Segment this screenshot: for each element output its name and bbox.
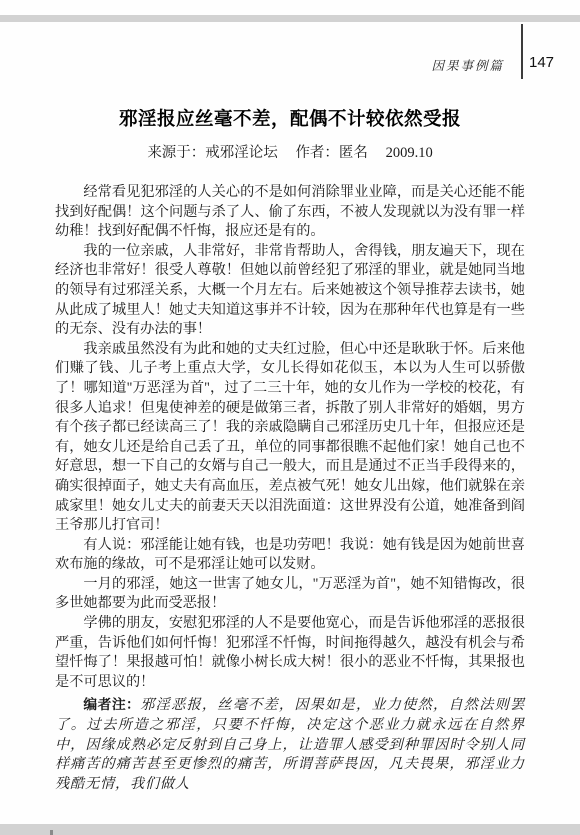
page-gap-top <box>0 15 580 22</box>
paragraph-3: 我亲戚虽然没有为此和她的丈夫红过脸，但心中还是耿耿于怀。后来他们赚了钱、儿子考上… <box>55 340 525 536</box>
editor-note: 编者注：邪淫恶报，丝毫不差，因果如是，业力使然，自然法则罢了。过去所造之邪淫，只… <box>55 695 525 794</box>
article-body: 经常看见犯邪淫的人关心的不是如何消除罪业业障，而是关心还能不能找到好配偶！这个问… <box>55 183 525 794</box>
article: 邪淫报应丝毫不差，配偶不计较依然受报 来源于：戒邪淫论坛 作者：匿名 2009.… <box>0 0 580 794</box>
header-divider-rule <box>521 24 523 79</box>
paragraph-1: 经常看见犯邪淫的人关心的不是如何消除罪业业障，而是关心还能不能找到好配偶！这个问… <box>55 183 525 242</box>
source-date: 2009.10 <box>386 145 433 161</box>
paragraph-2: 我的一位亲戚，人非常好，非常肯帮助人，舍得钱，朋友遍天下，现在经济也非常好！很受… <box>55 242 525 340</box>
source-forum: 来源于：戒邪淫论坛 <box>147 145 278 161</box>
paragraph-5: 一月的邪淫，她这一世害了她女儿，"万恶淫为首"，她不知错悔改，很多世她都要为此而… <box>55 575 525 614</box>
editor-note-label: 编者注： <box>83 697 140 712</box>
book-page: 因果事例篇 147 邪淫报应丝毫不差，配偶不计较依然受报 来源于：戒邪淫论坛 作… <box>0 0 580 835</box>
paragraph-4: 有人说：邪淫能让她有钱，也是功劳吧！我说：她有钱是因为她前世喜欢布施的缘故，可不… <box>55 536 525 575</box>
page-gap-bottom <box>0 824 580 835</box>
source-author: 作者：匿名 <box>295 145 368 161</box>
page-number: 147 <box>529 54 554 71</box>
section-label: 因果事例篇 <box>431 56 504 74</box>
page-gap-tick <box>50 830 53 835</box>
article-title: 邪淫报应丝毫不差，配偶不计较依然受报 <box>0 105 580 131</box>
article-source-line: 来源于：戒邪淫论坛 作者：匿名 2009.10 <box>0 141 580 162</box>
paragraph-6: 学佛的朋友，安慰犯邪淫的人不是要他宽心，而是告诉他邪淫的恶报很严重，告诉他们如何… <box>55 614 525 692</box>
